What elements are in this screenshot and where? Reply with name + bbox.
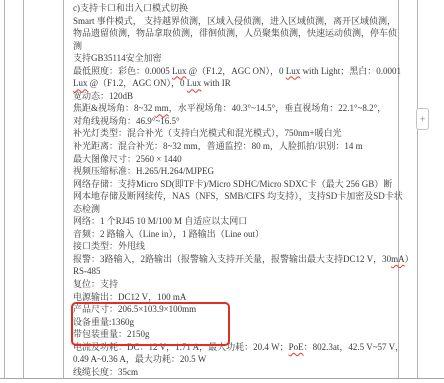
spec-line: 宽动态：120dB [73,90,399,103]
spec-line: 报警：3路输入，2路输出（报警输入支持开关量，报警输出最大支持DC12 V，30… [73,253,399,266]
spec-line: 网络存储：支持Micro SD(即TF卡)/Micro SDHC/Micro S… [73,178,399,191]
spec-text-segment: 宽动态：120dB [73,91,133,101]
spec-line: 补光距离：混合补光：8~32 mm，普通监控：80 m，人脸抓拍/识别：14 m [73,140,399,153]
spec-text-segment: 0.49 A~0.36 A，最大功耗：20.5 W [73,354,206,364]
spec-text-segment: 网本地存储及断网续传，NAS（NFS，SMB/CIFS 均支持），支持SD卡加密… [73,191,403,201]
spec-text-segment: @（F1.2，AGC ON），0 [187,66,286,76]
spec-text-segment: 对角线视场角：46.9°~16.5° [73,116,180,126]
spec-text-segment: 最低照度：彩色：0.0005 [73,66,172,76]
spec-text-segment: 测 [73,41,82,51]
spellcheck-squiggle-word: Lux [172,66,187,76]
spec-text-segment: 网络：1 个RJ45 10 M/100 M 自适应以太网口 [73,216,247,226]
spec-text-segment: 网络存储：支持Micro SD(即TF卡)/Micro SDHC/Micro S… [73,179,392,189]
table-border-left-inner [23,0,24,378]
spec-text-segment: with Light；黑白：0.0001 [300,66,401,76]
spec-text-segment: Smart 事件模式， 支持越界侦测，区域入侵侦测，进入区域侦测，离开区域侦测， [73,16,396,26]
spellcheck-squiggle-word: PoE [289,342,304,352]
spec-line: 网络：1 个RJ45 10 M/100 M 自适应以太网口 [73,215,399,228]
spec-line: RS-485 [73,265,399,278]
spec-line-highlighted: 带包装重量：2150g [73,328,399,341]
spec-text-segment: 电源输出：DC12 V，100 mA [73,292,186,302]
table-border-right-outer [417,0,418,378]
spellcheck-squiggle-word: Lux [187,78,202,88]
spec-line: 物品遗留侦测，物品拿取侦测，徘徊侦测，人员聚集侦测，快速运动侦测，停车侦 [73,27,399,40]
spellcheck-squiggle-word: Lux [286,66,301,76]
plus-icon: + [420,114,425,124]
spec-line: 复位：支持 [73,278,399,291]
spec-line-highlighted: 设备重量:1360g [73,316,399,329]
spec-text-segment: 带包装重量：2150g [73,329,150,339]
spec-text-segment: 补光灯类型：混合补光（支持白光模式和混光模式），750nm+暖白光 [73,128,342,138]
spec-line: 最低照度：彩色：0.0005 Lux @（F1.2，AGC ON），0 Lux … [73,65,399,78]
spec-line: 对角线视场角：46.9°~16.5° [73,115,399,128]
spec-text-segment: 电流及功耗：DC：12 V，1.71 A，最大功耗：20.4 W； [73,342,289,352]
spec-line: 电源输出：DC12 V，100 mA [73,291,399,304]
spec-text-segment: RS-485 [73,266,101,276]
spec-text-segment: 复位：支持 [73,279,118,289]
spec-text-segment: 设备重量:1360g [73,317,134,327]
spec-line: 0.49 A~0.36 A，最大功耗：20.5 W [73,353,399,366]
expand-plus-button[interactable]: + [416,108,429,130]
spec-line: 最大图像尺寸：2560 × 1440 [73,153,399,166]
spec-text-segment: 接口类型：外甩线 [73,241,145,251]
spec-line: 视频压缩标准：H.265/H.264/MJPEG [73,165,399,178]
spec-text-segment: ） [405,254,414,264]
spec-text-block: c)支持卡口和出入口模式切换Smart 事件模式， 支持越界侦测，区域入侵侦测，… [73,2,399,378]
table-border-left-outer [4,0,5,378]
spec-text-segment: 支持GB35114安全加密 [73,53,162,63]
spec-line: Smart 事件模式， 支持越界侦测，区域入侵侦测，进入区域侦测，离开区域侦测， [73,15,399,28]
spec-text-segment: 报警：3路输入，2路输出（报警输入支持开关量，报警输出最大支持DC12 V，30 [73,254,391,264]
spec-text-segment: 焦距&视场角：8~32 [73,103,155,113]
spec-text-segment: ：802.3at，42.5 V~57 V， [304,342,405,352]
spec-text-segment: 音频：2 路输入（Line in），1 路输出（Line out） [73,229,264,239]
spec-text-segment: 最大图像尺寸：2560 × 1440 [73,154,182,164]
spec-line: 焦距&视场角：8~32 mm，水平视场角：40.3°~14.5°，垂直视场角：2… [73,102,399,115]
spec-line: Lux @（F1.2，AGC ON），0 Lux with IR [73,77,399,90]
spec-text-segment: @（F1.2，AGC ON），0 [88,78,187,88]
spec-text-segment: 补光距离：混合补光：8~32 mm，普通监控：80 m，人脸抓拍/识别：14 m [73,141,363,151]
spec-line: 线缆长度：35cm [73,366,399,379]
spec-line: 接口类型：外甩线 [73,240,399,253]
spec-line: 电流及功耗：DC：12 V，1.71 A，最大功耗：20.4 W；PoE：802… [73,341,399,354]
spellcheck-squiggle-word: Lux [73,78,88,88]
spec-text-segment: 产品尺寸：206.5×103.9×100mm [73,304,196,314]
spec-line: 支持GB35114安全加密 [73,52,399,65]
spec-text-segment: 视频压缩标准：H.265/H.264/MJPEG [73,166,214,176]
document-page: c)支持卡口和出入口模式切换Smart 事件模式， 支持越界侦测，区域入侵侦测，… [0,0,444,383]
spec-line: 网本地存储及断网续传，NAS（NFS，SMB/CIFS 均支持），支持SD卡加密… [73,190,399,203]
spellcheck-squiggle-word: mm [155,103,169,113]
spec-line: 补光灯类型：混合补光（支持白光模式和混光模式），750nm+暖白光 [73,127,399,140]
spec-text-segment: 态检测 [73,204,100,214]
spec-line: 态检测 [73,203,399,216]
spec-line: 音频：2 路输入（Line in），1 路输出（Line out） [73,228,399,241]
spec-text-segment: 物品遗留侦测，物品拿取侦测，徘徊侦测，人员聚集侦测，快速运动侦测，停车侦 [73,28,397,38]
spec-text-segment: 线缆长度：35cm [73,367,138,377]
spellcheck-squiggle-word: mA [391,254,405,264]
spec-line: c)支持卡口和出入口模式切换 [73,2,399,15]
table-border-spec-cell-left [63,0,64,378]
spec-text-segment: ，水平视场角：40.3°~14.5°，垂直视场角：22.1°~8.2°， [169,103,387,113]
spec-line-highlighted: 产品尺寸：206.5×103.9×100mm [73,303,399,316]
spec-text-segment: with IR [201,78,231,88]
spec-line: 测 [73,40,399,53]
spec-text-segment: c)支持卡口和出入口模式切换 [73,3,188,13]
